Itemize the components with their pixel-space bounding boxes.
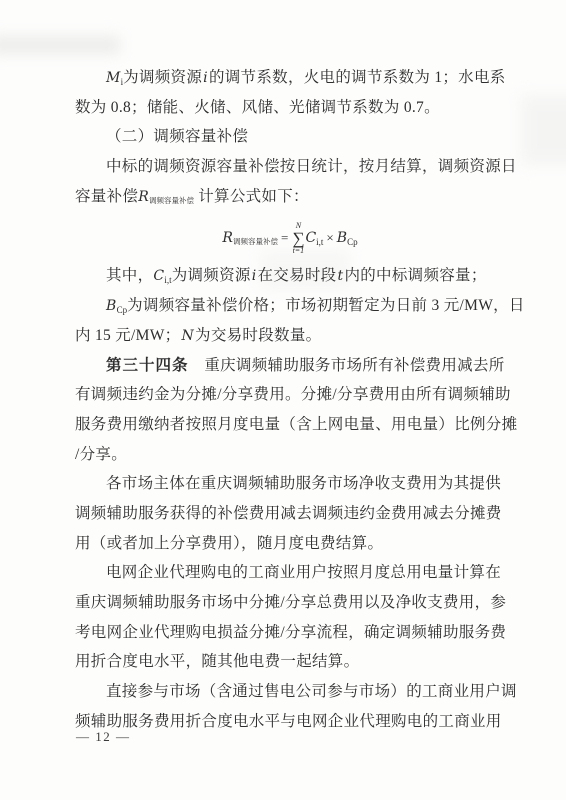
scan-artifact	[0, 36, 120, 54]
text-line: 数为 0.8；储能、火储、风储、光储调节系数为 0.7。	[75, 93, 505, 123]
text-run: 重庆调频辅助服务市场中分摊/分享总费用以及净收支费用，参	[75, 594, 506, 611]
text-line: 调频辅助服务获得的补偿费用减去调频违约金费用减去分摊费	[75, 499, 505, 529]
text-run: 直接参与市场（含通过售电公司参与市场）的工商业用户调	[106, 683, 517, 700]
math-symbol: BCp	[337, 230, 358, 247]
math-symbol: R调频容量补偿	[138, 188, 194, 205]
document-body: Mi为调频资源i的调节系数，火电的调节系数为 1；水电系数为 0.8；储能、火储…	[75, 63, 505, 736]
text-run: 在交易时段	[257, 267, 336, 284]
text-line: 考电网企业代理购电损益分摊/分享流程，确定调频辅助服务费	[75, 618, 505, 648]
text-line: 有调频违约金为分摊/分享费用。分摊/分享费用由所有调频辅助	[75, 380, 505, 410]
math-symbol: Mi	[106, 69, 123, 86]
summation-symbol: N∑t=1	[292, 222, 304, 255]
text-line: Mi为调频资源i的调节系数，火电的调节系数为 1；水电系	[75, 63, 505, 93]
text-run: 各市场主体在重庆调频辅助服务市场净收支费用为其提供	[106, 475, 501, 492]
text-line: 内 15 元/MW；N为交易时段数量。	[75, 321, 505, 351]
text-line: 用折合度电水平，随其他电费一起结算。	[75, 647, 505, 677]
text-run: 为调频资源	[123, 69, 202, 86]
text-run: 内的中标调频容量；	[344, 267, 486, 284]
text-run: 为调频资源	[172, 267, 251, 284]
text-line: 容量补偿R调频容量补偿 计算公式如下：	[75, 182, 505, 212]
text-line: 频辅助服务费用折合度电水平与电网企业代理购电的工商业用	[75, 707, 505, 737]
text-line: 直接参与市场（含通过售电公司参与市场）的工商业用户调	[75, 677, 505, 707]
text-run: 用折合度电水平，随其他电费一起结算。	[75, 653, 359, 670]
text-line: 中标的调频资源容量补偿按日统计，按月结算，调频资源日	[75, 152, 505, 182]
text-run: 重庆调频辅助服务市场所有补偿费用减去所	[189, 357, 505, 374]
math-symbol: Ci,t	[153, 267, 171, 284]
text-line: 第三十四条 重庆调频辅助服务市场所有补偿费用减去所	[75, 351, 505, 381]
math-symbol: Ci,t	[305, 230, 323, 247]
text-run: 为调频容量补偿价格；市场初期暂定为日前 3 元/MW，日	[127, 297, 525, 314]
text-run: 考电网企业代理购电损益分摊/分享流程，确定调频辅助服务费	[75, 624, 506, 641]
text-line: 服务费用缴纳者按照月度电量（含上网电量、用电量）比例分摊	[75, 410, 505, 440]
math-variable: i	[202, 70, 209, 86]
text-line: /分享。	[75, 440, 505, 470]
text-run: 中标的调频资源容量补偿按日统计，按月结算，调频资源日	[106, 158, 517, 175]
math-operator: =	[278, 230, 291, 246]
text-line: （二）调频容量补偿	[75, 122, 505, 152]
text-line: 用（或者加上分享费用），随月度电费结算。	[75, 529, 505, 559]
text-line: BCp为调频容量补偿价格；市场初期暂定为日前 3 元/MW，日	[75, 291, 505, 321]
text-line: 电网企业代理购电的工商业用户按照月度总用电量计算在	[75, 558, 505, 588]
math-symbol: BCp	[106, 297, 127, 314]
text-run: 用（或者加上分享费用），随月度电费结算。	[75, 535, 383, 552]
text-run: 为交易时段数量。	[195, 327, 321, 344]
scan-artifact	[521, 95, 566, 165]
text-run: 电网企业代理购电的工商业用户按照月度总用电量计算在	[106, 564, 501, 581]
text-run: 其中，	[106, 267, 153, 284]
text-run: 内 15 元/MW；	[75, 327, 180, 344]
text-run: 计算公式如下：	[194, 188, 309, 205]
document-page: Mi为调频资源i的调节系数，火电的调节系数为 1；水电系数为 0.8；储能、火储…	[0, 0, 566, 800]
text-line: 各市场主体在重庆调频辅助服务市场净收支费用为其提供	[75, 469, 505, 499]
math-symbol: R调频容量补偿	[222, 230, 278, 247]
text-run: /分享。	[75, 446, 127, 463]
text-run: 调频辅助服务获得的补偿费用减去调频违约金费用减去分摊费	[75, 505, 502, 522]
text-line: 重庆调频辅助服务市场中分摊/分享总费用以及净收支费用，参	[75, 588, 505, 618]
page-number: — 12 —	[76, 729, 131, 745]
math-operator: ×	[323, 230, 336, 246]
math-variable: N	[180, 328, 195, 344]
text-run: 服务费用缴纳者按照月度电量（含上网电量、用电量）比例分摊	[75, 416, 517, 433]
formula: R调频容量补偿=N∑t=1Ci,t×BCp	[75, 215, 505, 261]
text-run: 数为 0.8；储能、火储、风储、光储调节系数为 0.7。	[75, 99, 440, 116]
text-run: 容量补偿	[75, 188, 138, 205]
text-run: 频辅助服务费用折合度电水平与电网企业代理购电的工商业用	[75, 713, 502, 730]
text-run: （二）调频容量补偿	[106, 128, 248, 145]
article-number: 第三十四条	[106, 357, 189, 374]
text-run: 的调节系数，火电的调节系数为 1；水电系	[209, 69, 506, 86]
text-run: 有调频违约金为分摊/分享费用。分摊/分享费用由所有调频辅助	[75, 386, 511, 403]
text-line: 其中，Ci,t为调频资源i在交易时段t内的中标调频容量；	[75, 261, 505, 291]
